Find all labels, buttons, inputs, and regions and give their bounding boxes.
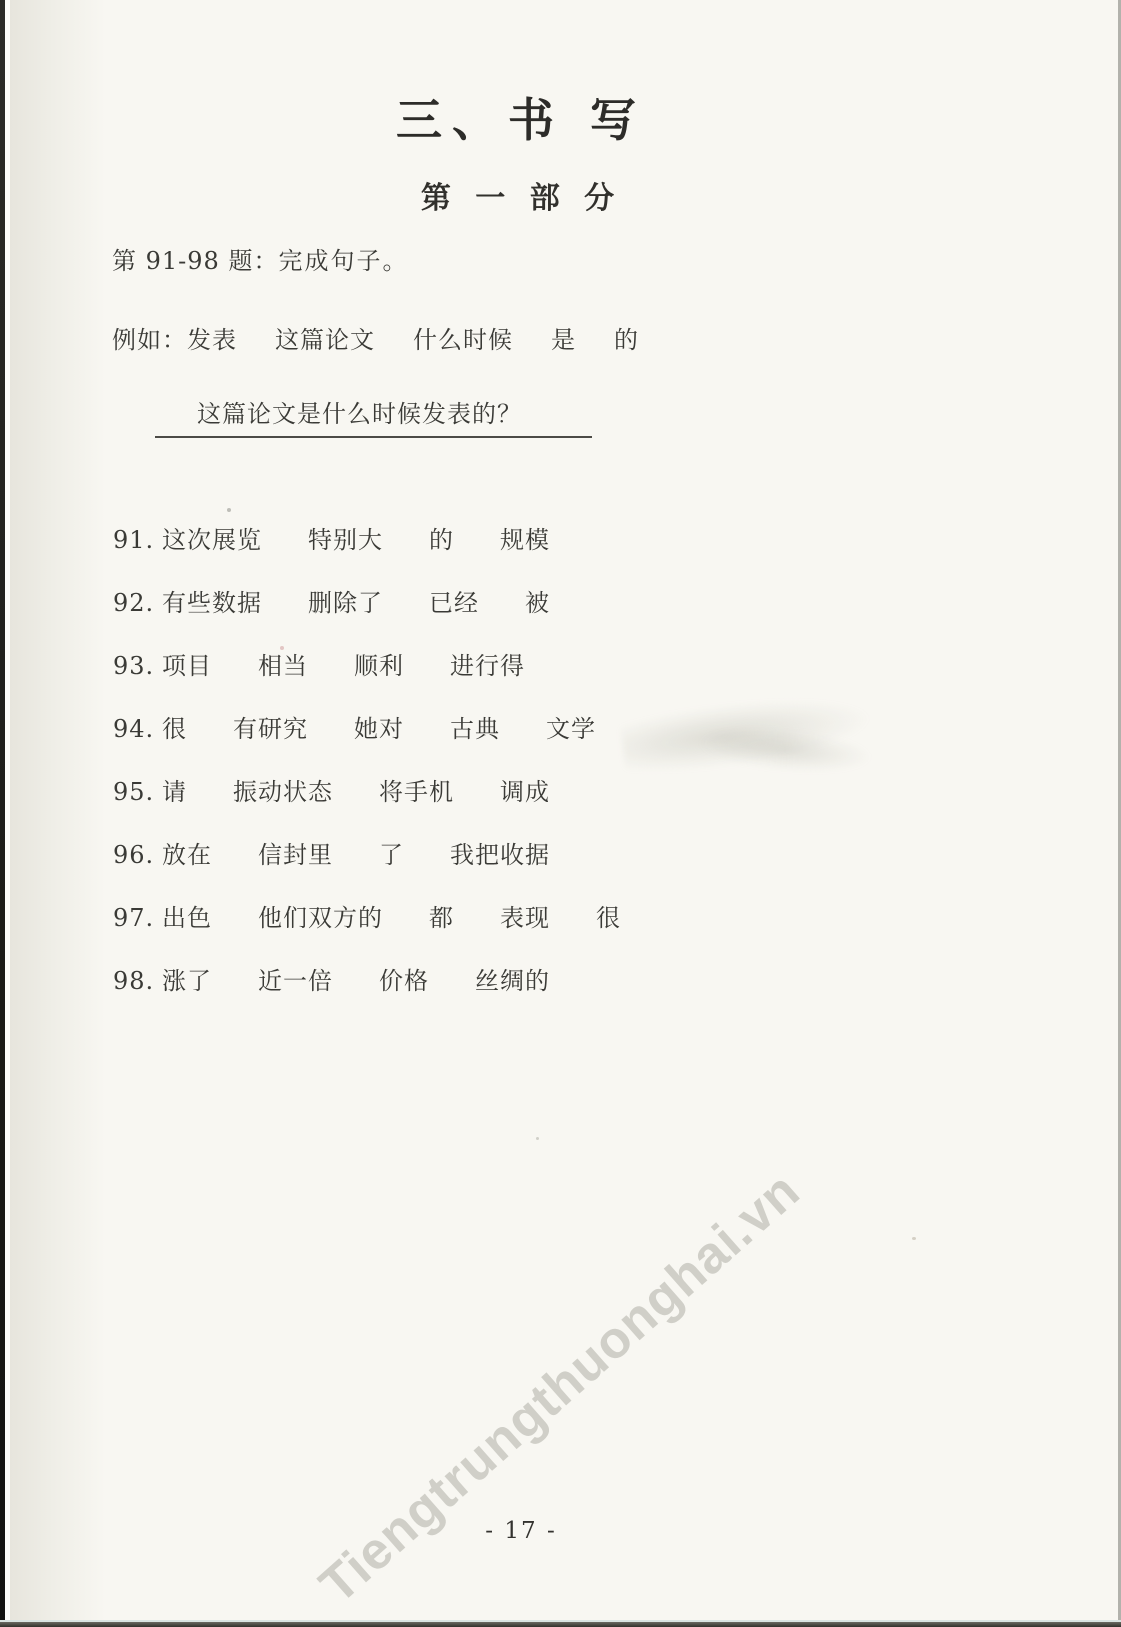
- question-word: 有些数据: [162, 590, 262, 617]
- example-answer-underline: 这篇论文是什么时候发表的？: [155, 394, 592, 438]
- question-word: 调成: [500, 779, 550, 806]
- instruction-prefix: 第 91-98 题：: [112, 247, 278, 275]
- question-word: 她对: [354, 716, 404, 743]
- instruction-task: 完成句子。: [278, 247, 408, 275]
- question-row-91: 91. 这次展览 特别大 的 规模: [113, 527, 621, 554]
- question-word: 他们双方的: [258, 905, 383, 932]
- scan-left-sliver: [5, 0, 10, 1627]
- question-word: 丝绸的: [475, 968, 550, 995]
- page-number: - 17 -: [0, 1518, 1042, 1544]
- example-word: 是: [551, 320, 576, 355]
- question-number: 95.: [113, 779, 154, 806]
- example-answer-text: 这篇论文是什么时候发表的？: [197, 400, 522, 428]
- question-word: 请: [162, 779, 187, 806]
- question-word: 了: [379, 842, 404, 869]
- scan-speck: [536, 1137, 539, 1140]
- example-row: 例如： 发表 这篇论文 什么时候 是 的: [112, 320, 639, 355]
- question-number: 91.: [113, 527, 154, 554]
- question-word: 价格: [379, 968, 429, 995]
- question-word: 出色: [162, 905, 212, 932]
- scan-speck: [912, 1237, 916, 1240]
- question-word: 很: [162, 716, 187, 743]
- watermark-text: Tiengtrungthuonghai.vn: [291, 1146, 828, 1627]
- question-word: 表现: [500, 905, 550, 932]
- question-word: 放在: [162, 842, 212, 869]
- question-word: 很: [596, 905, 621, 932]
- question-word: 项目: [162, 653, 212, 680]
- example-word: 的: [614, 320, 639, 355]
- question-word: 相当: [258, 653, 308, 680]
- question-number: 94.: [113, 716, 154, 743]
- question-word: 被: [525, 590, 550, 617]
- question-word: 近一倍: [258, 968, 333, 995]
- question-word: 信封里: [258, 842, 333, 869]
- instruction-line: 第 91-98 题：完成句子。: [112, 241, 408, 276]
- example-word: 这篇论文: [275, 320, 375, 355]
- question-word: 振动状态: [233, 779, 333, 806]
- scan-smudge: [619, 687, 875, 779]
- question-word: 顺利: [354, 653, 404, 680]
- question-word: 进行得: [450, 653, 525, 680]
- question-word: 的: [429, 527, 454, 554]
- question-word: 我把收据: [450, 842, 550, 869]
- scan-bottom-edge: [0, 1622, 1121, 1627]
- question-word: 有研究: [233, 716, 308, 743]
- question-list: 91. 这次展览 特别大 的 规模 92. 有些数据 删除了 已经 被 93. …: [113, 527, 621, 995]
- question-word: 已经: [429, 590, 479, 617]
- question-word: 文学: [546, 716, 596, 743]
- scan-speck: [227, 508, 231, 512]
- question-number: 92.: [113, 590, 154, 617]
- question-word: 删除了: [308, 590, 383, 617]
- question-number: 98.: [113, 968, 154, 995]
- question-word: 都: [429, 905, 454, 932]
- part-title: 第 一 部 分: [0, 173, 1042, 217]
- question-word: 涨了: [162, 968, 212, 995]
- question-word: 特别大: [308, 527, 383, 554]
- question-row-93: 93. 项目 相当 顺利 进行得: [113, 653, 621, 680]
- question-word: 将手机: [379, 779, 454, 806]
- question-row-95: 95. 请 振动状态 将手机 调成: [113, 779, 621, 806]
- example-label: 例如：: [112, 320, 187, 355]
- example-word: 什么时候: [413, 320, 513, 355]
- question-word: 规模: [500, 527, 550, 554]
- section-title: 三、书 写: [0, 84, 1042, 150]
- question-word: 古典: [450, 716, 500, 743]
- question-number: 97.: [113, 905, 154, 932]
- scan-smudge: [699, 723, 872, 778]
- question-number: 93.: [113, 653, 154, 680]
- question-number: 96.: [113, 842, 154, 869]
- question-row-94: 94. 很 有研究 她对 古典 文学: [113, 716, 621, 743]
- question-row-96: 96. 放在 信封里 了 我把收据: [113, 842, 621, 869]
- question-row-98: 98. 涨了 近一倍 价格 丝绸的: [113, 968, 621, 995]
- question-row-92: 92. 有些数据 删除了 已经 被: [113, 590, 621, 617]
- scan-left-shading: [10, 0, 106, 1627]
- question-row-97: 97. 出色 他们双方的 都 表现 很: [113, 905, 621, 932]
- question-word: 这次展览: [162, 527, 262, 554]
- example-word: 发表: [187, 320, 237, 355]
- scanned-test-page: Tiengtrungthuonghai.vn 三、书 写 第 一 部 分 第 9…: [0, 0, 1121, 1627]
